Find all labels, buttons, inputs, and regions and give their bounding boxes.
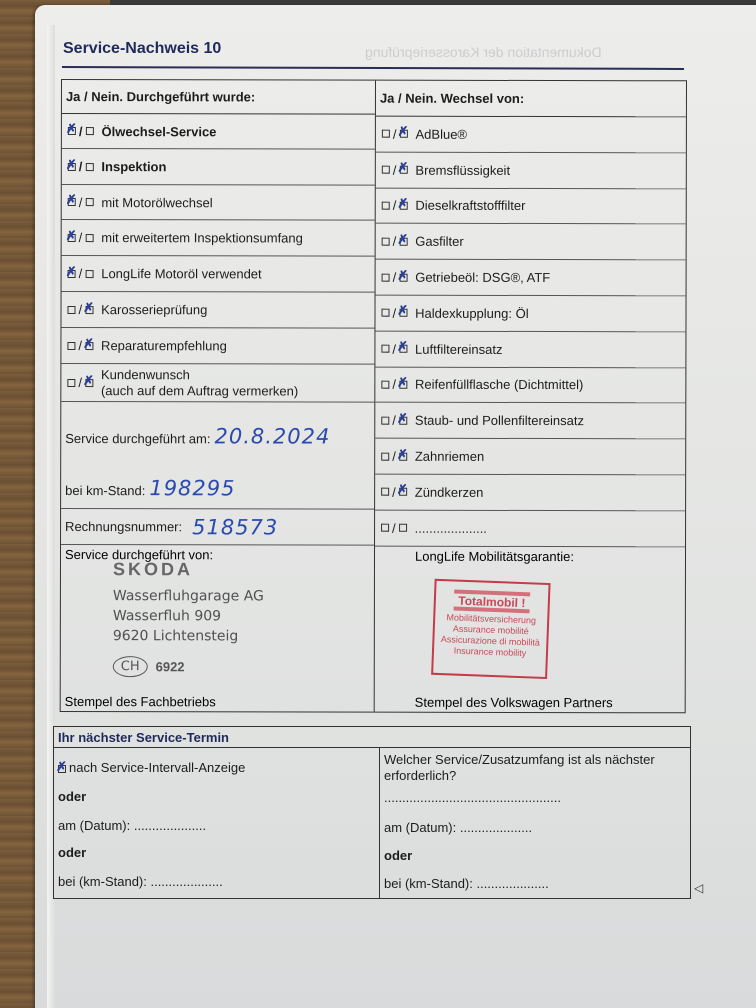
dealer-number: 6922	[156, 659, 185, 674]
service-item-label: mit Motorölwechsel	[101, 195, 212, 210]
ja-nein-checkboxes: /	[379, 449, 409, 464]
next-service-header: Ihr nächster Service-Termin	[54, 727, 690, 748]
ja-checkbox[interactable]	[68, 163, 76, 171]
workshop-stamp-area: Service durchgeführt von:SKODAWasserfluh…	[61, 545, 374, 712]
replacement-item-label: Bremsflüssigkeit	[415, 162, 510, 177]
slash-separator: /	[393, 198, 397, 213]
address-line: 9620 Lichtensteig	[113, 626, 264, 646]
or-label: oder	[58, 789, 86, 804]
ja-checkbox[interactable]	[381, 381, 389, 389]
slash-separator: /	[79, 159, 83, 174]
nein-checkbox[interactable]	[85, 306, 93, 314]
replacement-item-row: /Bremsflüssigkeit	[376, 152, 686, 188]
service-item-row: /Kundenwunsch(auch auf dem Auftrag verme…	[61, 364, 374, 403]
replacement-item-label: Gasfilter	[415, 234, 463, 249]
replacement-item-label: Luftfiltereinsatz	[415, 341, 502, 356]
stamp-title: Totalmobil !	[436, 595, 548, 610]
mobility-stamp: Totalmobil !MobilitätsversicherungAssura…	[431, 579, 550, 679]
ja-checkbox[interactable]	[382, 130, 390, 138]
ja-checkbox[interactable]	[381, 524, 389, 532]
replaced-header: Ja / Nein. Wechsel von:	[376, 81, 686, 118]
service-item-row: /Inspektion	[62, 149, 375, 186]
ja-checkbox[interactable]	[382, 237, 390, 245]
service-item-label: LongLife Motoröl verwendet	[101, 266, 261, 281]
replacement-item-label: Getriebeöl: DSG®, ATF	[415, 270, 550, 285]
next-service-question: Welcher Service/Zusatzumfang ist als näc…	[384, 752, 674, 784]
replacement-item-row: /AdBlue®	[376, 117, 686, 153]
km-value: 198295	[149, 476, 235, 500]
ja-nein-checkboxes: /	[65, 375, 95, 390]
replacement-item-label: Staub- und Pollenfiltereinsatz	[415, 413, 584, 428]
service-item-note: (auch auf dem Auftrag vermerken)	[101, 383, 298, 398]
service-item-row: /mit erweitertem Inspektionsumfang	[62, 220, 375, 257]
ja-nein-checkboxes: /	[380, 198, 410, 213]
replacement-item-label: ....................	[415, 520, 487, 535]
nein-checkbox[interactable]	[399, 416, 407, 424]
ja-checkbox[interactable]	[382, 273, 390, 281]
replacement-item-row: /Reifenfüllflasche (Dichtmittel)	[375, 367, 685, 403]
replacement-item-label: AdBlue®	[415, 127, 467, 142]
ja-nein-checkboxes: /	[66, 159, 96, 174]
service-item-title: Kundenwunsch	[101, 367, 190, 382]
nein-checkbox[interactable]	[85, 379, 93, 387]
nein-checkbox[interactable]	[399, 345, 407, 353]
replacement-item-row: /Gasfilter	[376, 224, 686, 260]
ja-checkbox[interactable]	[68, 270, 76, 278]
replacement-item-row: /Luftfiltereinsatz	[375, 331, 685, 367]
ja-checkbox[interactable]	[68, 127, 76, 135]
slash-separator: /	[392, 520, 396, 535]
page-title: Service-Nachweis 10	[63, 40, 221, 58]
ja-nein-checkboxes: /	[66, 302, 96, 317]
ja-checkbox[interactable]	[382, 166, 390, 174]
ja-checkbox[interactable]	[68, 234, 76, 242]
slash-separator: /	[392, 449, 396, 464]
ja-nein-checkboxes: /	[65, 338, 95, 353]
replacement-item-row: /Dieselkraftstofffilter	[376, 188, 686, 224]
invoice-field[interactable]: Rechnungsnummer:518573	[61, 509, 374, 546]
replacement-item-label: Dieselkraftstofffilter	[415, 198, 525, 213]
nein-checkbox[interactable]	[85, 270, 93, 278]
nein-checkbox[interactable]	[399, 381, 407, 389]
country-code-line: CH6922	[113, 656, 264, 677]
next-service-answer-field[interactable]: ........................................…	[384, 790, 561, 805]
slash-separator: /	[79, 302, 83, 317]
nein-checkbox[interactable]	[85, 342, 93, 350]
slash-separator: /	[79, 195, 83, 210]
ja-checkbox[interactable]	[68, 198, 76, 206]
next-km-field[interactable]: bei (km-Stand): ....................	[384, 876, 549, 891]
mobility-guarantee-label: LongLife Mobilitätsgarantie:	[415, 549, 574, 564]
ja-nein-checkboxes: /	[380, 162, 410, 177]
service-date-value: 20.8.2024	[214, 424, 330, 448]
service-date-field[interactable]: Service durchgeführt am:20.8.2024	[65, 424, 330, 449]
ja-nein-checkboxes: /	[379, 485, 409, 500]
service-item-label: Reparaturempfehlung	[101, 338, 227, 353]
slash-separator: /	[78, 375, 82, 390]
interval-checkbox[interactable]	[58, 765, 66, 773]
ja-nein-checkboxes: /	[66, 266, 96, 281]
replacement-item-label: Zahnriemen	[415, 449, 484, 464]
replacement-item-row: /....................	[375, 510, 685, 546]
workshop-stamp: SKODAWasserfluhgarage AGWasserfluh 90996…	[113, 559, 264, 677]
nein-checkbox[interactable]	[85, 163, 93, 171]
ja-nein-checkboxes: /	[379, 413, 409, 428]
replacement-item-row: /Zündkerzen	[375, 475, 685, 511]
km-label: bei km-Stand:	[65, 483, 145, 498]
workshop-address: Wasserfluhgarage AGWasserfluh 9099620 Li…	[113, 586, 264, 646]
service-item-row: /Karosserieprüfung	[61, 292, 374, 329]
replaced-column: Ja / Nein. Wechsel von: /AdBlue®/Bremsfl…	[375, 81, 686, 713]
address-line: Wasserfluhgarage AG	[113, 586, 264, 606]
ja-nein-checkboxes: /	[379, 306, 409, 321]
ja-nein-checkboxes: /	[66, 230, 96, 245]
service-item-row: /LongLife Motoröl verwendet	[62, 256, 375, 293]
ja-checkbox[interactable]	[67, 342, 75, 350]
nein-checkbox[interactable]	[85, 198, 93, 206]
nein-checkbox[interactable]	[86, 127, 94, 135]
replacement-item-row: /Getriebeöl: DSG®, ATF	[376, 260, 686, 296]
or-label: oder	[58, 845, 86, 860]
next-service-right: Welcher Service/Zusatzumfang ist als näc…	[380, 748, 690, 898]
service-date-label: Service durchgeführt am:	[65, 431, 210, 446]
replacement-item-row: /Zahnriemen	[375, 439, 685, 475]
ja-checkbox[interactable]	[381, 416, 389, 424]
slash-separator: /	[392, 377, 396, 392]
invoice-label: Rechnungsnummer:	[65, 519, 182, 534]
replacement-item-label: Reifenfüllflasche (Dichtmittel)	[415, 377, 583, 392]
service-item-label: Kundenwunsch(auch auf dem Auftrag vermer…	[101, 367, 298, 399]
slash-separator: /	[79, 124, 83, 139]
ja-checkbox[interactable]	[68, 306, 76, 314]
replacement-item-label: Zündkerzen	[415, 485, 484, 500]
performed-column: Ja / Nein. Durchgeführt wurde: /Ölwechse…	[61, 80, 376, 712]
nein-checkbox[interactable]	[399, 237, 407, 245]
or-label: oder	[384, 848, 412, 863]
service-item-row: /mit Motorölwechsel	[62, 185, 375, 221]
slash-separator: /	[393, 127, 397, 142]
interval-label: nach Service-Intervall-Anzeige	[69, 760, 245, 775]
ja-nein-checkboxes: /	[379, 377, 409, 392]
nein-checkbox[interactable]	[399, 166, 407, 174]
slash-separator: /	[393, 234, 397, 249]
nein-checkbox[interactable]	[399, 488, 407, 496]
service-item-label: Ölwechsel-Service	[102, 124, 217, 139]
service-item-label: Karosserieprüfung	[101, 302, 207, 317]
ja-nein-checkboxes: /	[66, 124, 96, 139]
replacement-item-row: /Staub- und Pollenfiltereinsatz	[375, 403, 685, 439]
invoice-value: 518573	[192, 515, 278, 539]
next-service-table: Ihr nächster Service-Termin nach Service…	[53, 726, 691, 899]
next-km-field[interactable]: bei (km-Stand): ....................	[58, 874, 223, 889]
ja-nein-checkboxes: /	[66, 195, 96, 210]
service-item-label: Inspektion	[101, 159, 166, 174]
bleed-through-text: Dokumentation der Karosserieprüfung	[365, 44, 602, 60]
service-record-table: Ja / Nein. Durchgeführt wurde: /Ölwechse…	[60, 79, 687, 713]
nein-checkbox[interactable]	[399, 273, 407, 281]
ja-nein-checkboxes: /	[379, 341, 409, 356]
ja-nein-checkboxes: /	[380, 270, 410, 285]
ja-checkbox[interactable]	[381, 345, 389, 353]
slash-separator: /	[79, 266, 83, 281]
nein-checkbox[interactable]	[399, 524, 407, 532]
slash-separator: /	[78, 338, 82, 353]
nein-checkbox[interactable]	[400, 130, 408, 138]
stamp-caption: Stempel des Volkswagen Partners	[415, 695, 613, 710]
next-date-field[interactable]: am (Datum): ....................	[58, 818, 206, 833]
service-item-row: /Ölwechsel-Service	[62, 114, 375, 150]
slash-separator: /	[392, 306, 396, 321]
ja-nein-checkboxes: /	[380, 234, 410, 249]
nein-checkbox[interactable]	[399, 452, 407, 460]
interval-option[interactable]: nach Service-Intervall-Anzeige	[58, 760, 245, 775]
slash-separator: /	[392, 413, 396, 428]
replacement-item-row: /Haldexkupplung: Öl	[375, 296, 685, 332]
next-date-field[interactable]: am (Datum): ....................	[384, 820, 532, 835]
slash-separator: /	[79, 230, 83, 245]
stamp-caption: Stempel des Fachbetriebs	[65, 694, 216, 709]
slash-separator: /	[393, 270, 397, 285]
nein-checkbox[interactable]	[399, 202, 407, 210]
service-item-row: /Reparaturempfehlung	[61, 328, 374, 365]
ja-checkbox[interactable]	[382, 309, 390, 317]
next-service-left: nach Service-Intervall-Anzeige oder am (…	[54, 748, 380, 898]
slash-separator: /	[392, 485, 396, 500]
country-oval: CH	[113, 656, 148, 677]
page-marker-icon: ◁	[694, 881, 703, 895]
partner-stamp-area: LongLife Mobilitätsgarantie:Totalmobil !…	[375, 547, 685, 713]
nein-checkbox[interactable]	[399, 309, 407, 317]
skoda-logo: SKODA	[113, 559, 264, 580]
performed-header: Ja / Nein. Durchgeführt wurde:	[62, 80, 375, 115]
ja-checkbox[interactable]	[382, 202, 390, 210]
km-field[interactable]: bei km-Stand:198295	[65, 476, 235, 500]
ja-nein-checkboxes: /	[379, 520, 409, 535]
nein-checkbox[interactable]	[85, 234, 93, 242]
ja-checkbox[interactable]	[381, 488, 389, 496]
replacement-item-label: Haldexkupplung: Öl	[415, 306, 528, 321]
service-item-label: mit erweitertem Inspektionsumfang	[101, 230, 303, 245]
ja-nein-checkboxes: /	[380, 127, 410, 142]
ja-checkbox[interactable]	[381, 452, 389, 460]
service-date-km-block: Service durchgeführt am:20.8.2024bei km-…	[61, 402, 374, 510]
slash-separator: /	[393, 162, 397, 177]
ja-checkbox[interactable]	[67, 379, 75, 387]
address-line: Wasserfluh 909	[113, 606, 264, 626]
slash-separator: /	[392, 341, 396, 356]
